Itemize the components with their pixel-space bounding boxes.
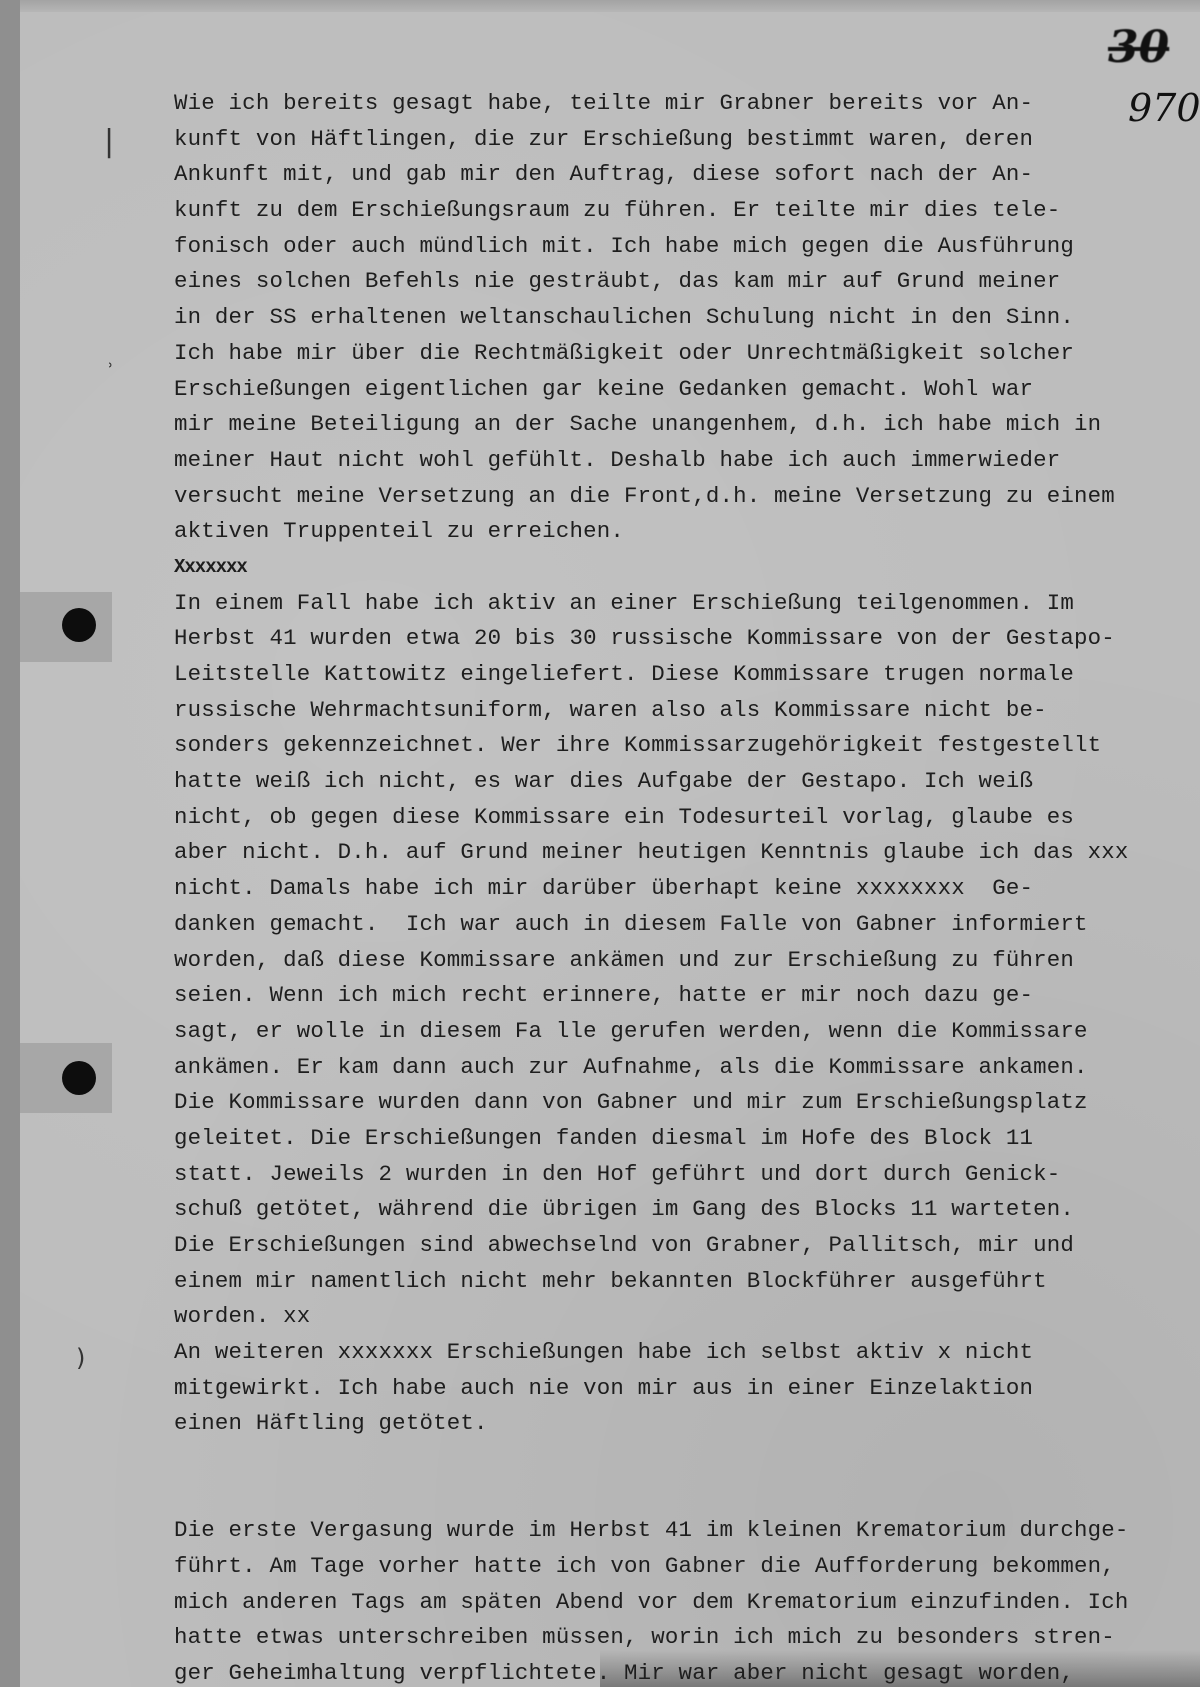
text-line: mich anderen Tags am späten Abend vor de… <box>174 1585 1184 1621</box>
text-line: Die Kommissare wurden dann von Gabner un… <box>174 1085 1184 1121</box>
text-line: kunft zu dem Erschießungsraum zu führen.… <box>174 193 1184 229</box>
text-line: ankämen. Er kam dann auch zur Aufnahme, … <box>174 1050 1184 1086</box>
text-line: Herbst 41 wurden etwa 20 bis 30 russisch… <box>174 621 1184 657</box>
text-line: einem mir namentlich nicht mehr bekannte… <box>174 1264 1184 1300</box>
text-line: Die erste Vergasung wurde im Herbst 41 i… <box>174 1513 1184 1549</box>
text-line: fonisch oder auch mündlich mit. Ich habe… <box>174 229 1184 265</box>
punch-hole-icon <box>62 1061 96 1095</box>
text-line: seien. Wenn ich mich recht erinnere, hat… <box>174 978 1184 1014</box>
punch-hole-icon <box>62 608 96 642</box>
text-line: schuß getötet, während die übrigen im Ga… <box>174 1192 1184 1228</box>
text-line: einen Häftling getötet. <box>174 1406 1184 1442</box>
text-line: führt. Am Tage vorher hatte ich von Gabn… <box>174 1549 1184 1585</box>
text-line: eines solchen Befehls nie gesträubt, das… <box>174 264 1184 300</box>
paragraph-3: Die erste Vergasung wurde im Herbst 41 i… <box>174 1513 1184 1687</box>
text-line: russische Wehrmachtsuniform, waren also … <box>174 693 1184 729</box>
text-line: sonders gekennzeichnet. Wer ihre Kommiss… <box>174 728 1184 764</box>
text-line: meiner Haut nicht wohl gefühlt. Deshalb … <box>174 443 1184 479</box>
text-line: Ankunft mit, und gab mir den Auftrag, di… <box>174 157 1184 193</box>
text-line: Erschießungen eigentlichen gar keine Ged… <box>174 372 1184 408</box>
text-line: in der SS erhaltenen weltanschaulichen S… <box>174 300 1184 336</box>
text-line: aber nicht. D.h. auf Grund meiner heutig… <box>174 835 1184 871</box>
typewritten-statement: Wie ich bereits gesagt habe, teilte mir … <box>174 86 1184 1687</box>
text-line: hatte weiß ich nicht, es war dies Aufgab… <box>174 764 1184 800</box>
text-line: sagt, er wolle in diesem Fa lle gerufen … <box>174 1014 1184 1050</box>
text-line: worden, daß diese Kommissare ankämen und… <box>174 943 1184 979</box>
text-line: An weiteren xxxxxxx Erschießungen habe i… <box>174 1335 1184 1371</box>
text-line: hatte etwas unterschreiben müssen, worin… <box>174 1620 1184 1656</box>
text-line: danken gemacht. Ich war auch in diesem F… <box>174 907 1184 943</box>
text-line: ger Geheimhaltung verpflichtete. Mir war… <box>174 1656 1184 1687</box>
text-line: kunft von Häftlingen, die zur Erschießun… <box>174 122 1184 158</box>
punch-hole-reinforcement-top <box>20 592 112 662</box>
page-number-struck: 30 <box>1108 22 1169 73</box>
text-line: Die Erschießungen sind abwechselnd von G… <box>174 1228 1184 1264</box>
margin-pencil-mark: ˒ <box>108 356 114 377</box>
text-line: nicht. Damals habe ich mir darüber überh… <box>174 871 1184 907</box>
text-line: Wie ich bereits gesagt habe, teilte mir … <box>174 86 1184 122</box>
margin-pencil-mark: | <box>104 124 114 159</box>
punch-hole-reinforcement-bottom <box>20 1043 112 1113</box>
text-line: versucht meine Versetzung an die Front,d… <box>174 479 1184 515</box>
margin-pencil-mark: ) <box>76 1344 85 1372</box>
text-line: statt. Jeweils 2 wurden in den Hof gefüh… <box>174 1157 1184 1193</box>
binding-edge <box>0 0 20 1687</box>
text-line: worden. xx <box>174 1299 1184 1335</box>
paragraph-2: In einem Fall habe ich aktiv an einer Er… <box>174 586 1184 1443</box>
text-line: Leitstelle Kattowitz eingeliefert. Diese… <box>174 657 1184 693</box>
text-line: mitgewirkt. Ich habe auch nie von mir au… <box>174 1371 1184 1407</box>
text-line: nicht, ob gegen diese Kommissare ein Tod… <box>174 800 1184 836</box>
text-line: In einem Fall habe ich aktiv an einer Er… <box>174 586 1184 622</box>
text-line: geleitet. Die Erschießungen fanden diesm… <box>174 1121 1184 1157</box>
paragraph-gap <box>174 1442 1184 1513</box>
struck-out-line: Xxxxxxx <box>174 550 1184 586</box>
text-line: aktiven Truppenteil zu erreichen. <box>174 514 1184 550</box>
paragraph-1: Wie ich bereits gesagt habe, teilte mir … <box>174 86 1184 550</box>
text-line: Ich habe mir über die Rechtmäßigkeit ode… <box>174 336 1184 372</box>
text-line: mir meine Beteiligung an der Sache unang… <box>174 407 1184 443</box>
scanned-document: | ˒ ) 30 970 Wie ich bereits gesagt habe… <box>0 0 1200 1687</box>
